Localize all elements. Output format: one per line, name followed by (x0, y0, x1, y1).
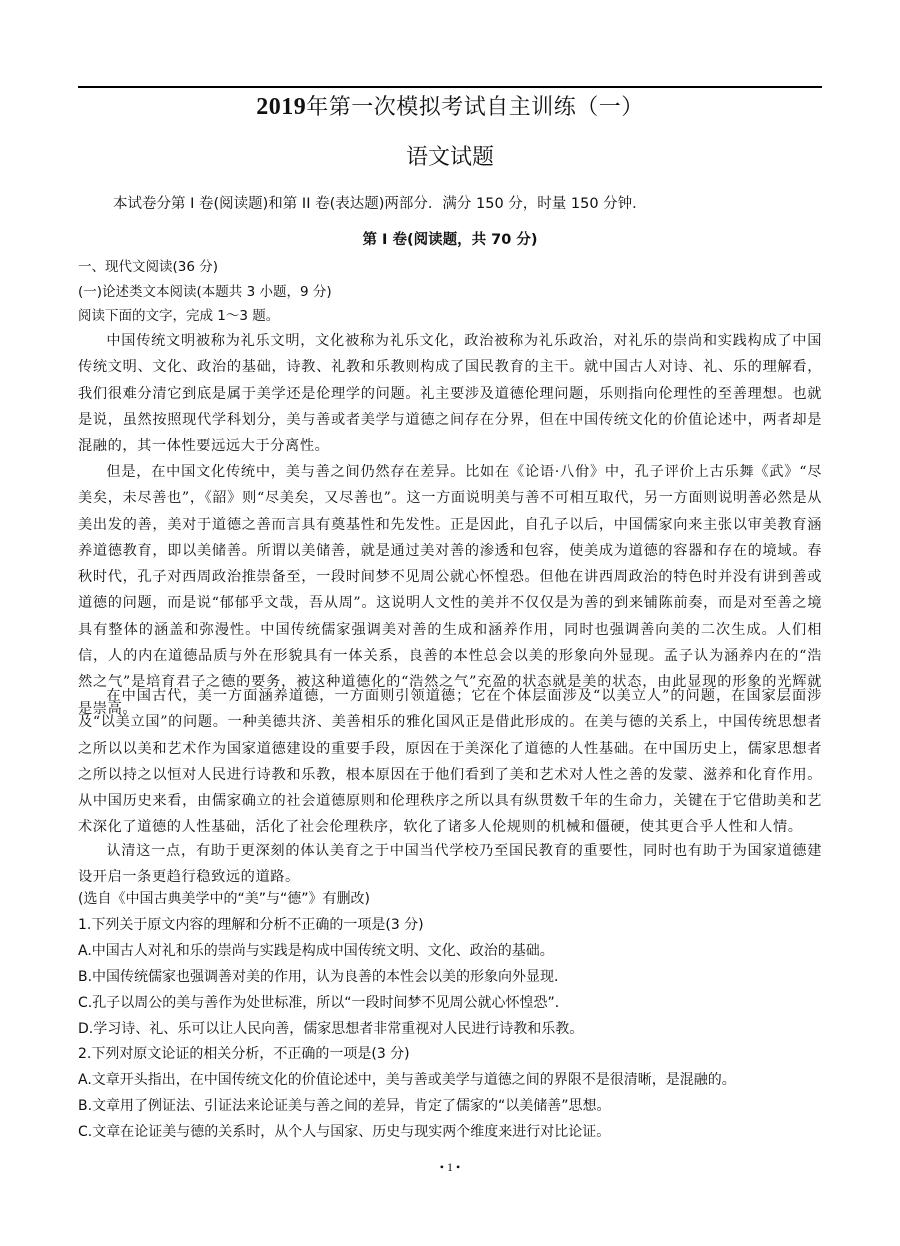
exam-intro: 本试卷分第 I 卷(阅读题)和第 II 卷(表达题)两部分．满分 150 分，时… (113, 192, 647, 216)
reading-instruction: 阅读下面的文字，完成 1～3 题。 (78, 305, 279, 327)
passage-paragraph-4: 认清这一点，有助于更深刻的体认美育之于中国当代学校乃至国民教育的重要性，同时也有… (78, 838, 822, 891)
sub-part-heading: (一)论述类文本阅读(本题共 3 小题，9 分) (78, 281, 332, 303)
page-number: • 1 • (0, 1158, 900, 1176)
question-1-option-c: C.孔子以周公的美与善作为处世标准，所以“一段时间梦不见周公就心怀惶恐”． (78, 992, 569, 1014)
question-2-stem: 2.下列对原文论证的相关分析，不正确的一项是(3 分) (78, 1043, 410, 1065)
top-rule-divider (78, 86, 822, 88)
question-2-option-b: B.文章用了例证法、引证法来论证美与善之间的差异，肯定了儒家的“以美储善”思想。 (78, 1095, 611, 1117)
title-year: 2019 (256, 94, 306, 120)
exam-title: 2019年第一次模拟考试自主训练（一） (0, 90, 900, 125)
question-2-option-c: C.文章在论证美与德的关系时，从个人与国家、历史与现实两个维度来进行对比论证。 (78, 1121, 610, 1143)
question-1-stem: 1.下列关于原文内容的理解和分析不正确的一项是(3 分) (78, 914, 424, 936)
passage-paragraph-3: 在中国古代，美一方面涵养道德，一方面则引领道德；它在个体层面涉及“以美立人”的问… (78, 683, 822, 841)
passage-paragraph-1: 中国传统文明被称为礼乐文明，文化被称为礼乐文化，政治被称为礼乐政治，对礼乐的崇尚… (78, 328, 822, 459)
question-2-option-a: A.文章开头指出，在中国传统文化的价值论述中，美与善或美学与道德之间的界限不是很… (78, 1069, 736, 1091)
exam-subtitle: 语文试题 (0, 142, 900, 174)
exam-page: 2019年第一次模拟考试自主训练（一） 语文试题 本试卷分第 I 卷(阅读题)和… (0, 0, 900, 1246)
section-heading: 第 I 卷(阅读题，共 70 分) (0, 228, 900, 252)
passage-source: (选自《中国古典美学中的“美”与“德”》有删改) (78, 888, 370, 910)
title-text: 年第一次模拟考试自主训练（一） (306, 95, 644, 120)
question-1-option-d: D.学习诗、礼、乐可以让人民向善，儒家思想者非常重视对人民进行诗教和乐教。 (78, 1018, 583, 1040)
question-1-option-a: A.中国古人对礼和乐的崇尚与实践是构成中国传统文明、文化、政治的基础。 (78, 940, 554, 962)
question-1-option-b: B.中国传统儒家也强调善对美的作用，认为良善的本性会以美的形象向外显现． (78, 966, 568, 988)
part-one-heading: 一、现代文阅读(36 分) (78, 256, 218, 278)
